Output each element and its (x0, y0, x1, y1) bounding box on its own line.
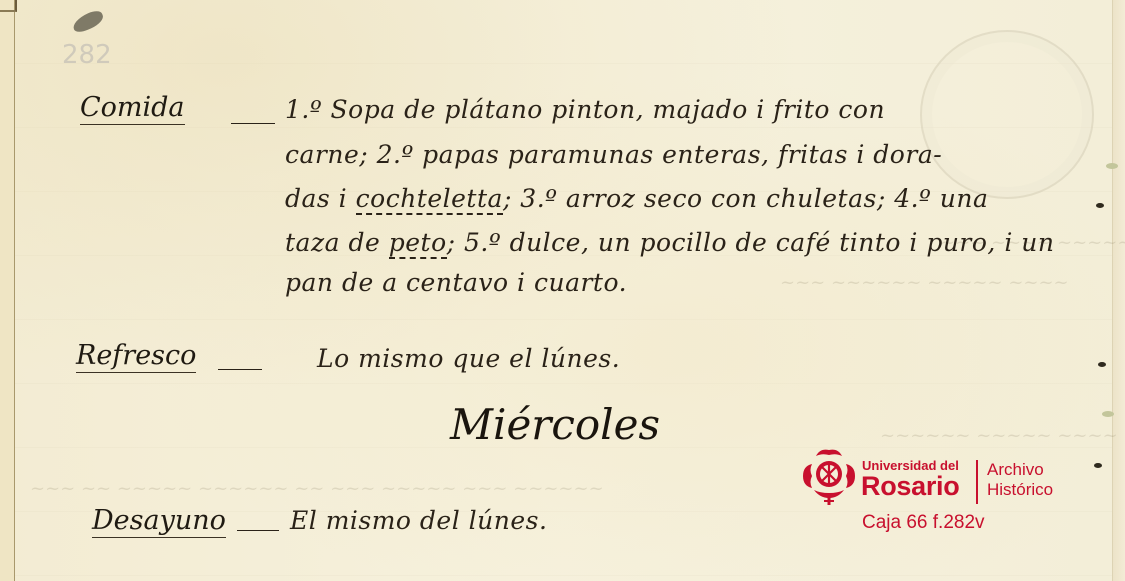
faded-folio-stamp: 282 (62, 40, 122, 80)
comida-line-1: 1.º Sopa de plátano pinton, majado i fri… (285, 95, 885, 124)
comida-line-4: taza de peto; 5.º dulce, un pocillo de c… (285, 228, 1054, 257)
institution-name-line2: Rosario (861, 471, 959, 502)
section-label-comida: Comida (80, 92, 185, 125)
comida-line-3: das i cochteletta; 3.º arroz seco con ch… (285, 184, 988, 213)
archive-name-line2: Histórico (987, 480, 1053, 500)
refresco-line-1: Lo mismo que el lúnes. (317, 344, 620, 373)
archive-name-line1: Archivo (987, 460, 1044, 480)
pinhole-mark (1096, 203, 1104, 208)
ink-blot-mark (70, 8, 105, 35)
crest-icon (800, 446, 858, 506)
bleed-through-text: ~~~~~~ ~~~~~ ~~~~ ~~~ (880, 425, 1125, 446)
thread-mark (1106, 163, 1118, 169)
underlined-word: peto (389, 228, 447, 259)
separator-dash (218, 369, 262, 370)
section-label-desayuno: Desayuno (92, 505, 226, 538)
embossed-seal (920, 30, 1094, 199)
desayuno-line-1: El mismo del lúnes. (290, 506, 547, 535)
comida-line-2: carne; 2.º papas paramunas enteras, frit… (285, 140, 942, 169)
bleed-through-text: ~~~ ~~ ~~~~~ ~~~~~~ ~~ ~~~ ~~~~~ ~~~ ~~~… (30, 478, 604, 499)
section-label-refresco: Refresco (76, 340, 196, 373)
logo-divider (976, 460, 978, 504)
day-heading: Miércoles (450, 400, 660, 449)
document-page: 282 ~~~ ~~~~ ~~~~~ ~~ ~~~ ~~~ ~~~~~~ ~~~… (0, 0, 1125, 581)
left-corner-mark (0, 0, 17, 12)
separator-dash (237, 530, 279, 531)
bleed-through-text: ~~~ ~~~~~~ ~~~~~ ~~~~ (780, 272, 1069, 293)
archive-reference: Caja 66 f.282v (862, 512, 985, 534)
underlined-word: cochteletta (356, 184, 503, 215)
right-page-edge (1112, 0, 1125, 581)
comida-line-5: pan de a centavo i cuarto. (285, 268, 627, 297)
pinhole-mark (1094, 463, 1102, 468)
separator-dash (231, 123, 275, 124)
thread-mark (1102, 411, 1114, 417)
pinhole-mark (1098, 362, 1106, 367)
left-binding-edge (0, 0, 15, 581)
archive-watermark: Universidad del Rosario Archivo Históric… (800, 446, 1090, 536)
